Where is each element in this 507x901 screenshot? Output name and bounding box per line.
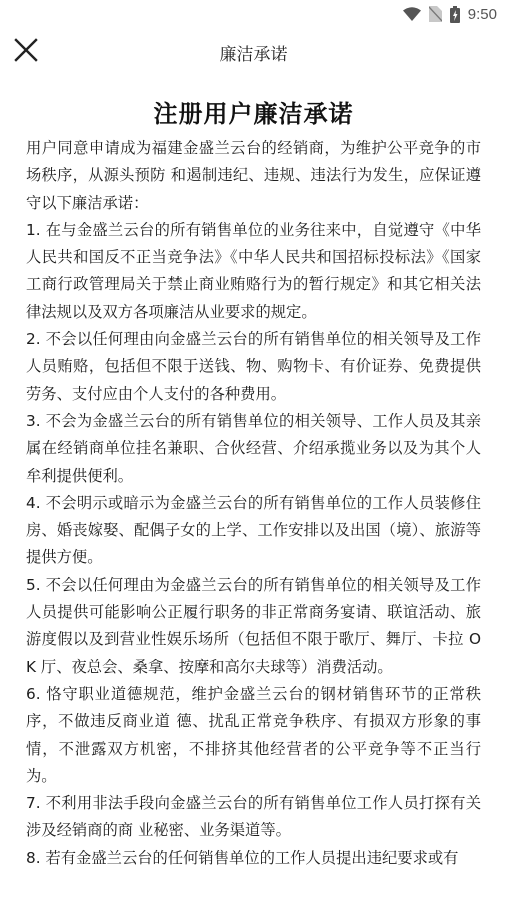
intro-paragraph: 用户同意申请成为福建金盛兰云台的经销商，为维护公平竞争的市场秩序，从源头预防 和… xyxy=(26,135,481,217)
close-icon xyxy=(14,38,38,66)
commitment-item-7: 7. 不利用非法手段向金盛兰云台的所有销售单位工作人员打探有关涉及经销商的商 业… xyxy=(26,790,481,845)
commitment-item-5: 5. 不会以任何理由为金盛兰云台的所有销售单位的相关领导及工作人员提供可能影响公… xyxy=(26,572,481,681)
commitment-item-1: 1. 在与金盛兰云台的所有销售单位的业务往来中，自觉遵守《中华人民共和国反不正当… xyxy=(26,217,481,326)
status-time: 9:50 xyxy=(468,6,497,23)
commitment-item-2: 2. 不会以任何理由向金盛兰云台的所有销售单位的相关领导及工作人员贿赂，包括但不… xyxy=(26,326,481,408)
battery-charging-icon xyxy=(450,6,460,23)
wifi-icon xyxy=(403,7,421,21)
document-title: 注册用户廉洁承诺 xyxy=(26,94,481,129)
app-bar: 廉洁承诺 xyxy=(0,28,507,76)
commitment-item-8: 8. 若有金盛兰云台的任何销售单位的工作人员提出违纪要求或有 xyxy=(26,845,481,872)
status-bar: 9:50 xyxy=(0,0,507,28)
commitment-item-4: 4. 不会明示或暗示为金盛兰云台的所有销售单位的工作人员装修住房、婚丧嫁娶、配偶… xyxy=(26,490,481,572)
commitment-item-3: 3. 不会为金盛兰云台的所有销售单位的相关领导、工作人员及其亲属在经销商单位挂名… xyxy=(26,408,481,490)
no-sim-icon xyxy=(429,6,442,22)
document-content: 注册用户廉洁承诺 用户同意申请成为福建金盛兰云台的经销商，为维护公平竞争的市场秩… xyxy=(0,94,507,872)
page-title: 廉洁承诺 xyxy=(220,40,288,65)
close-button[interactable] xyxy=(12,38,40,66)
commitment-item-6: 6. 恪守职业道德规范，维护金盛兰云台的钢材销售环节的正常秩序，不做违反商业道 … xyxy=(26,681,481,790)
